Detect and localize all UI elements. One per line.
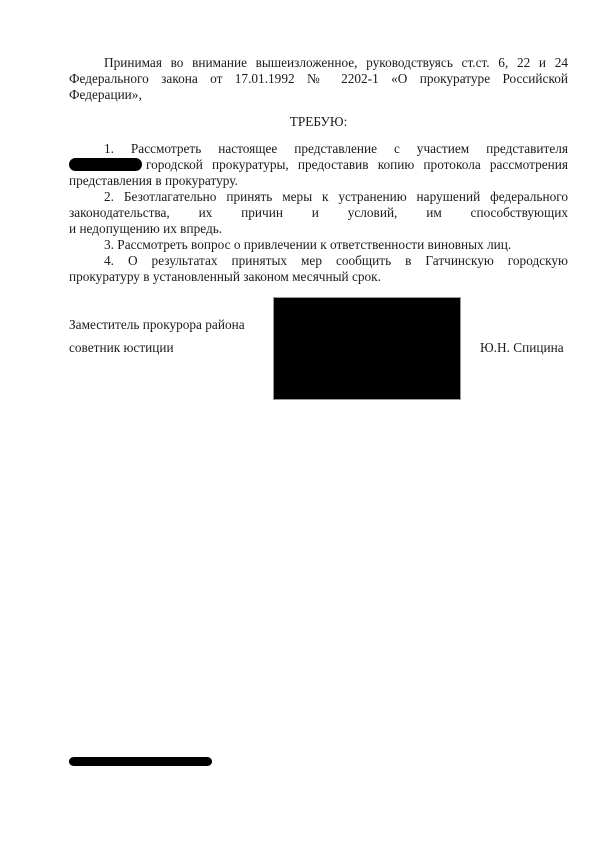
signature-name: Ю.Н. Спицина [480,340,564,356]
demand-heading: ТРЕБУЮ: [69,114,568,130]
item-2-line-3: и недопущению их впредь. [69,221,568,237]
signature-position-line-1: Заместитель прокурора района [69,317,245,333]
item-1-line-2: городской прокуратуры, предоставив копию… [146,157,568,173]
redacted-district-name [69,158,142,171]
preamble-line-2: Федерального закона от 17.01.1992 № 2202… [69,71,568,87]
item-4-line-2: прокуратуру в установленный законом меся… [69,269,568,285]
redacted-signature-box [273,297,461,400]
item-4-line-1: 4. О результатах принятых мер сообщить в… [69,253,568,269]
item-2-line-1: 2. Безотлагательно принять меры к устран… [69,189,568,205]
item-2-line-2: законодательства, их причин и условий, и… [69,205,568,221]
preamble-line-1: Принимая во внимание вышеизложенное, рук… [69,55,568,71]
signature-position-line-2: советник юстиции [69,340,174,356]
item-1-line-1: 1. Рассмотреть настоящее представление с… [69,141,568,157]
item-1-line-3: представления в прокуратуру. [69,173,568,189]
preamble-line-3: Федерации», [69,87,568,103]
redacted-footer-bar [69,757,212,766]
item-3-line-1: 3. Рассмотреть вопрос о привлечении к от… [69,237,568,253]
